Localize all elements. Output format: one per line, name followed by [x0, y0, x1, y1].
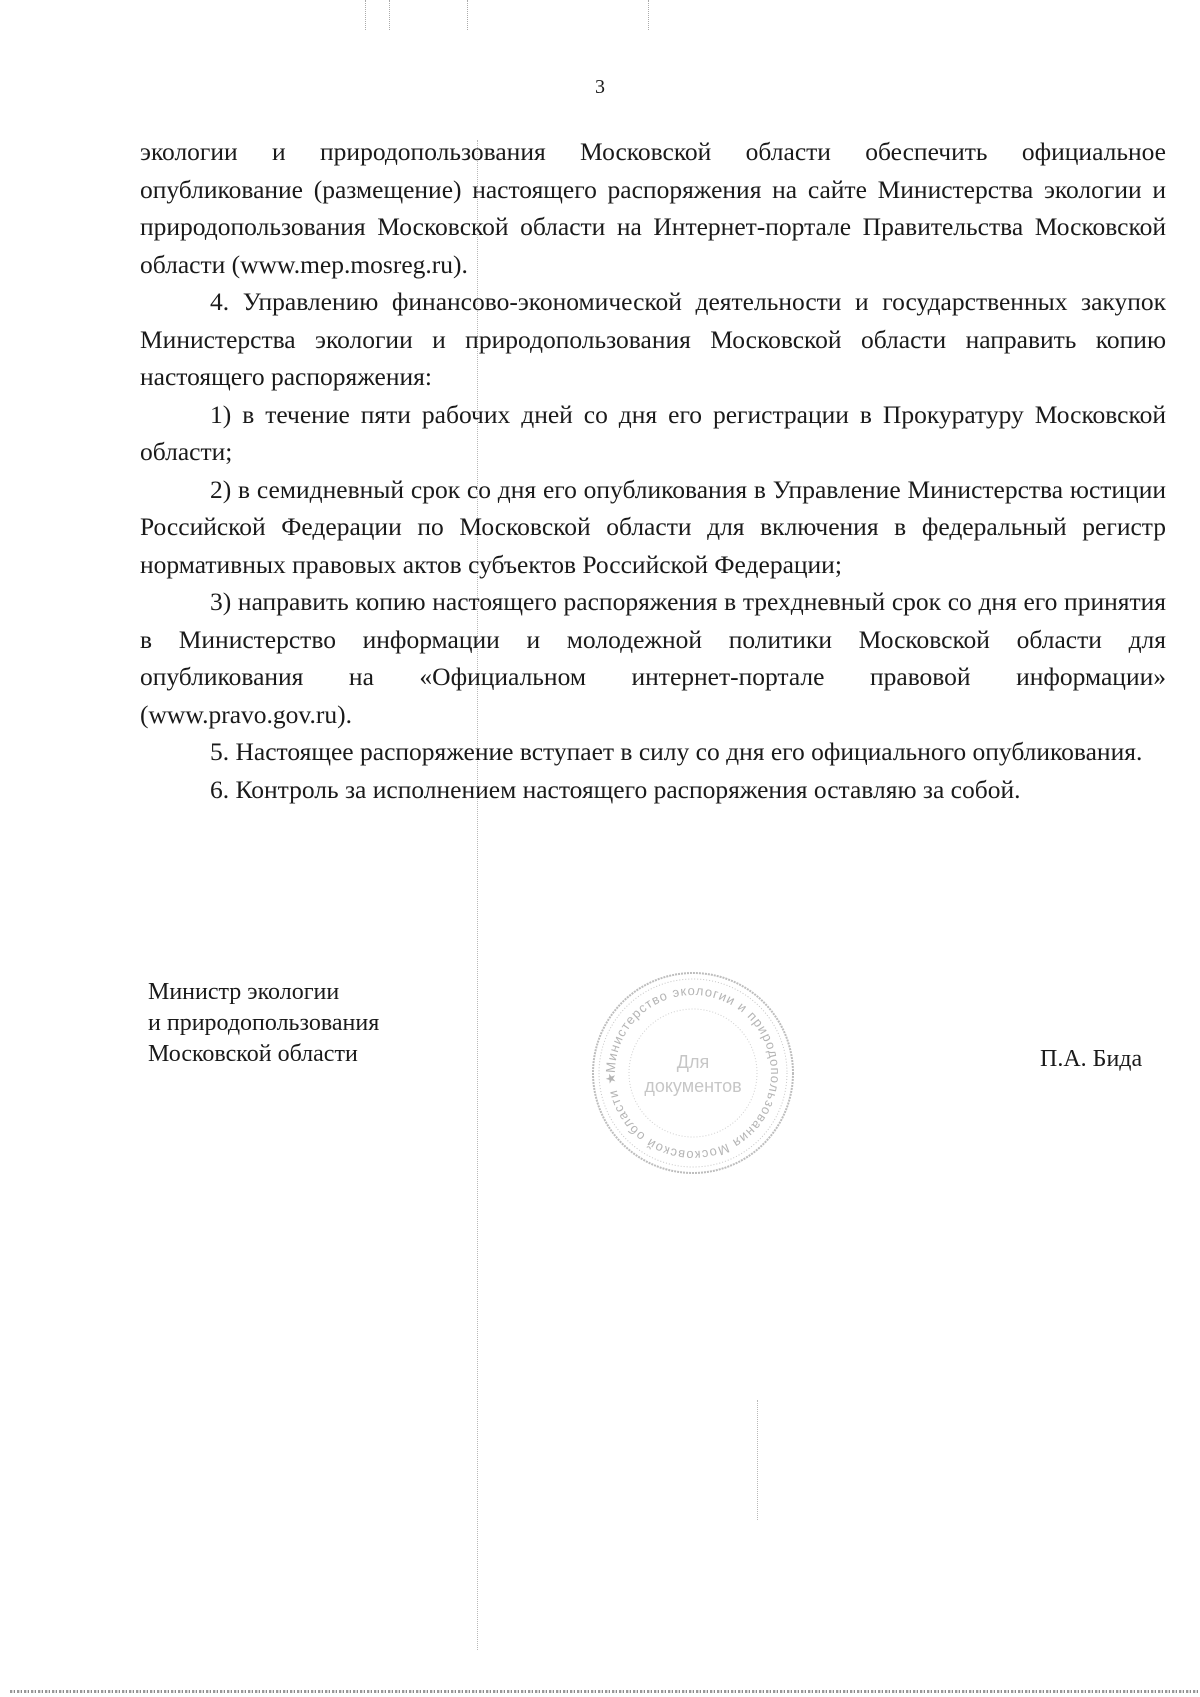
paragraph: 1) в течение пяти рабочих дней со дня ег… [140, 396, 1166, 471]
scan-artifact [467, 0, 468, 30]
scan-artifact [757, 1400, 758, 1520]
document-body: экологии и природопользования Московской… [140, 133, 1166, 808]
scan-artifact [648, 0, 649, 30]
paragraph: 2) в семидневный срок со дня его опублик… [140, 471, 1166, 584]
official-stamp-icon: Министерство экологии и природопользован… [588, 968, 798, 1178]
paragraph: экологии и природопользования Московской… [140, 133, 1166, 283]
scan-artifact [389, 0, 390, 30]
signatory-title-line: Московской области [148, 1039, 379, 1070]
signatory-title: Министр экологии и природопользования Мо… [148, 977, 379, 1070]
svg-text:Министерство экологии и природ: Министерство экологии и природопользован… [603, 983, 783, 1163]
stamp-ring-text: Министерство экологии и природопользован… [603, 983, 783, 1163]
page-number: 3 [0, 76, 1200, 99]
paragraph: 6. Контроль за исполнением настоящего ра… [140, 771, 1166, 809]
paragraph: 4. Управлению финансово-экономической де… [140, 283, 1166, 396]
paragraph: 5. Настоящее распоряжение вступает в сил… [140, 733, 1166, 771]
signatory-title-line: и природопользования [148, 1008, 379, 1039]
signatory-title-line: Министр экологии [148, 977, 379, 1008]
scan-artifact [10, 1690, 1200, 1693]
stamp-center-line: документов [644, 1076, 741, 1096]
signatory-name: П.А. Бида [1040, 1046, 1142, 1073]
scan-artifact [365, 0, 366, 30]
stamp-center-line: Для [677, 1052, 709, 1072]
paragraph: 3) направить копию настоящего распоряжен… [140, 583, 1166, 733]
